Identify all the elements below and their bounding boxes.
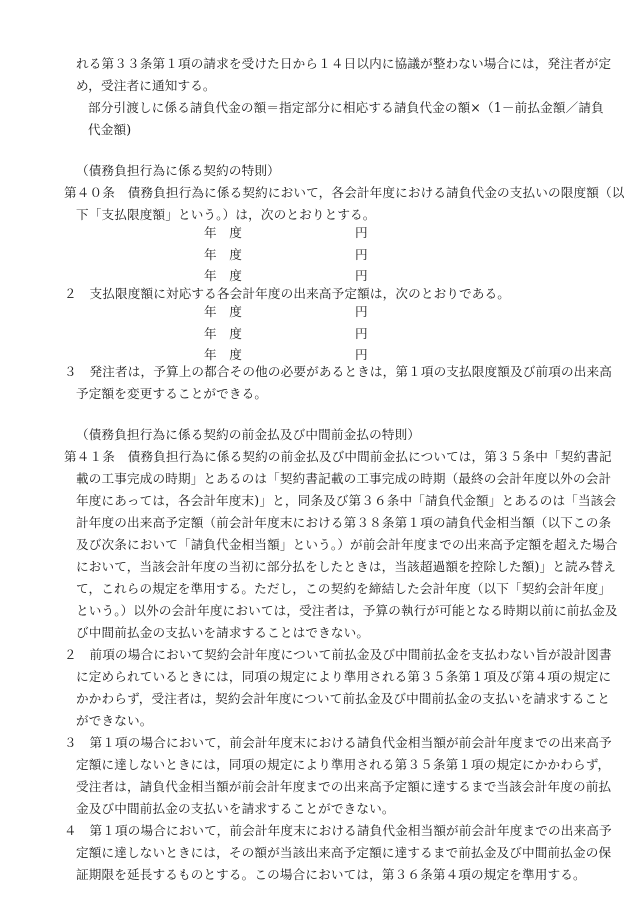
text-line: （債務負担行為に係る契約の特則） [76,162,280,180]
text-line: かかわらず，受注者は，契約会計年度について前払金及び中間前払金の支払いを請求する… [76,690,610,708]
text-line: ３ 発注者は，予算上の都合その他の必要があるときは，第１項の支払限度額及び前項の… [64,363,612,381]
text-line: 第４１条 債務負担行為に係る契約の前金払及び中間前金払については，第３５条中「契… [64,448,612,466]
yen-amount-label: 円 [355,346,368,364]
text-line: 下「支払限度額」という。）は，次のとおりとする。 [76,206,376,224]
text-line: ４ 第１項の場合において，前会計年度末における請負代金相当額が前会計年度までの出… [64,822,612,840]
fiscal-year-label: 年 度 [204,246,242,264]
yen-amount-label: 円 [355,325,368,343]
text-line: 定額に達しないときには，同項の規定により準用される第３５条第１項の規定にかかわら… [76,756,610,774]
fiscal-year-label: 年 度 [204,325,242,343]
yen-amount-label: 円 [355,267,368,285]
fiscal-year-label: 年 度 [204,346,242,364]
text-line: 証期限を延長するものとする。この場合においては，第３６条第４項の規定を準用する。 [76,866,586,884]
text-line: （債務負担行為に係る契約の前金払及び中間前金払の特則） [76,426,420,444]
text-line: 載の工事完成の時期」とあるのは「契約書記載の工事完成の時期（最終の会計年度以外の… [76,470,611,488]
text-line: ２ 前項の場合において契約会計年度について前払金及び中間前払金を支払わない旨が設… [64,646,612,664]
fiscal-year-label: 年 度 [204,303,242,321]
text-line: ができない。 [76,712,152,730]
text-line: て，これらの規定を準用する。ただし，この契約を締結した会計年度（以下「契約会計年… [76,580,611,598]
text-line: 及び次条において「請負代金相当額」という。）が前会計年度までの出来高予定額を超え… [76,536,618,554]
text-line: 定額に達しないときには，その額が当該出来高予定額に達するまで前払金及び中間前払金… [76,844,611,862]
fiscal-year-label: 年 度 [204,267,242,285]
text-line: め，受注者に通知する。 [76,77,216,95]
text-line: 計年度の出来高予定額（前会計年度末における第３８条第１項の請負代金相当額（以下こ… [76,514,611,532]
fiscal-year-label: 年 度 [204,224,242,242]
text-line: れる第３３条第１項の請求を受けた日から１４日以内に協議が整わない場合には，発注者… [76,55,611,73]
text-line: び中間前払金の支払いを請求することはできない。 [76,624,369,642]
text-line: 年度にあっては，各会計年度末)」と，同条及び第３６条中「請負代金額」とあるのは「… [76,492,616,510]
yen-amount-label: 円 [355,246,368,264]
text-line: 部分引渡しに係る請負代金の額＝指定部分に相応する請負代金の額×（1－前払金額／請… [88,99,604,117]
text-line: 第４０条 債務負担行為に係る契約において，各会計年度における請負代金の支払いの限… [64,184,624,202]
text-line: に定められているときには，同項の規定により準用される第３５条第１項及び第４項の規… [76,668,611,686]
text-line: において，当該会計年度の当初に部分払をしたときは，当該超過額を控除した額)」と読… [76,558,616,576]
text-line: 予定額を変更することができる。 [76,385,267,403]
text-line: という。）以外の会計年度においては，受注者は，予算の執行が可能となる時期以前に前… [76,602,618,620]
yen-amount-label: 円 [355,303,368,321]
text-line: 受注者は，請負代金相当額が前会計年度までの出来高予定額に達するまで当該会計年度の… [76,778,611,796]
yen-amount-label: 円 [355,224,368,242]
text-line: ２ 支払限度額に対応する各会計年度の出来高予定額は，次のとおりである。 [64,285,510,303]
text-line: ３ 第１項の場合において，前会計年度末における請負代金相当額が前会計年度までの出… [64,734,612,752]
text-line: 金及び中間前払金の支払いを請求することができない。 [76,800,395,818]
text-line: 代金額) [88,121,131,139]
